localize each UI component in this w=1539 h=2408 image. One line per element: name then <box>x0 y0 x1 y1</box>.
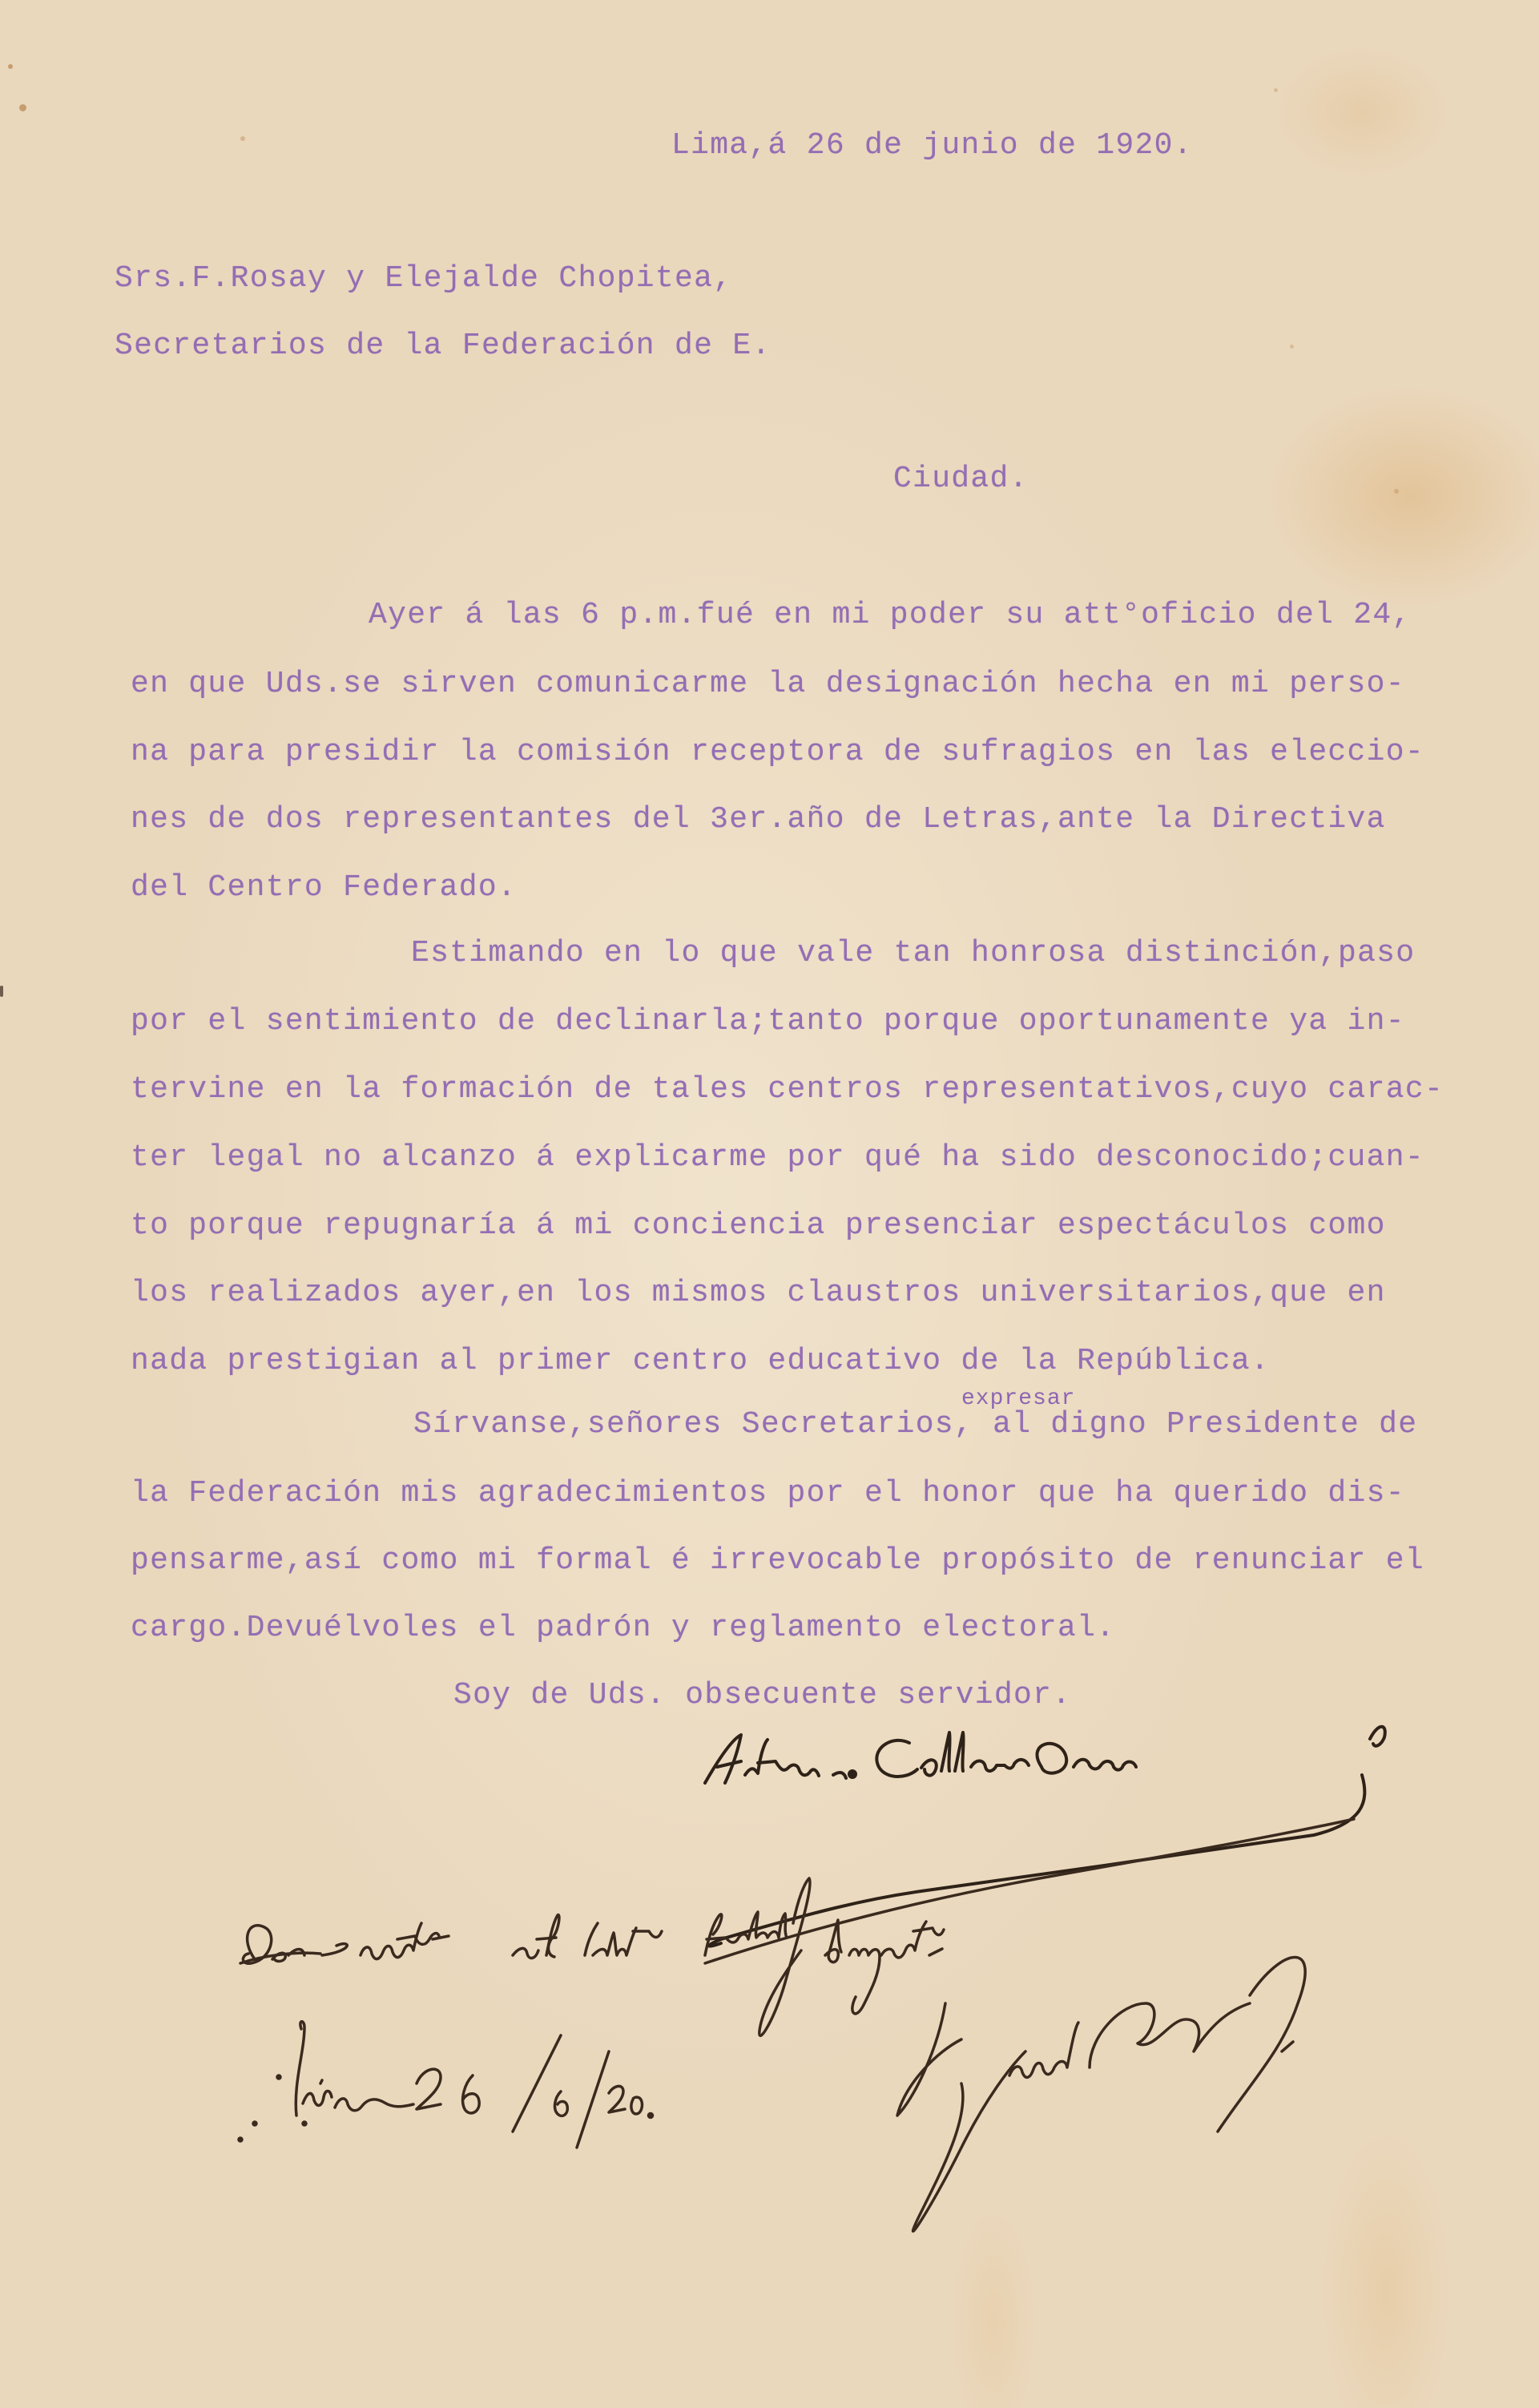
signature-artemio-collazos-osorio <box>705 1727 1385 1946</box>
annotation-dese-cuenta <box>240 1819 1354 2035</box>
signature-genaro-rosay <box>897 1958 1305 2232</box>
annotation-date <box>239 2022 653 2148</box>
handwritten-ink-layer <box>0 0 1539 2408</box>
letter-page: Lima,á 26 de junio de 1920. Srs.F.Rosay … <box>0 0 1539 2408</box>
